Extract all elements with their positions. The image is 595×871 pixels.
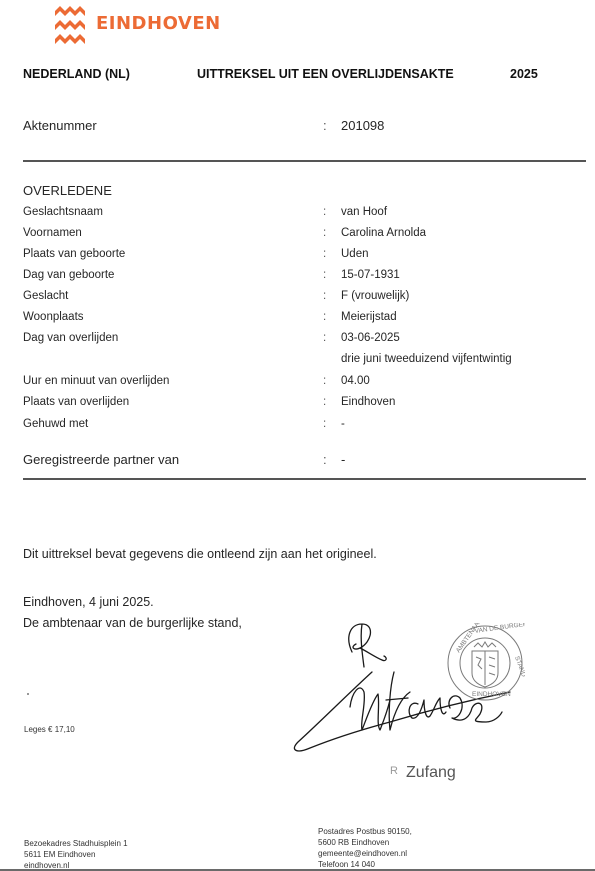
scan-speck <box>27 693 29 695</box>
field-label: Gehuwd met <box>23 418 88 430</box>
field-label: Plaats van overlijden <box>23 396 129 408</box>
field-value: - <box>341 418 345 430</box>
footer-visit-line: 5611 EM Eindhoven <box>24 849 128 860</box>
section-title: OVERLEDENE <box>23 183 112 198</box>
divider-top <box>23 160 586 162</box>
header-year: 2025 <box>510 67 538 81</box>
fee-text: Leges € 17,10 <box>24 725 75 734</box>
svg-text:STAND: STAND <box>513 655 525 678</box>
field-label: Woonplaats <box>23 311 84 323</box>
footer-email-link[interactable]: gemeente@eindhoven.nl <box>318 848 412 859</box>
field-label: Geslacht <box>23 290 68 302</box>
field-separator: : <box>323 248 326 260</box>
statement-text: Dit uittreksel bevat gegevens die ontlee… <box>23 547 377 561</box>
field-label: Geregistreerde partner van <box>23 452 179 467</box>
field-value: van Hoof <box>341 206 387 218</box>
akte-separator: : <box>323 118 327 133</box>
field-separator: : <box>323 375 326 387</box>
place-date: Eindhoven, 4 juni 2025. <box>23 595 154 609</box>
svg-text:VAN DE BURGERLIJKE: VAN DE BURGERLIJKE <box>474 623 525 635</box>
field-value: 04.00 <box>341 375 370 387</box>
eindhoven-wave-logo-icon <box>55 3 85 47</box>
svg-text:EINDHOVEN: EINDHOVEN <box>472 691 511 698</box>
field-label: Dag van geboorte <box>23 269 114 281</box>
field-value: 03-06-2025 <box>341 332 400 344</box>
signer-surname: Zufang <box>406 764 456 781</box>
footer-visit-line: Bezoekadres Stadhuisplein 1 <box>24 838 128 849</box>
akte-label: Aktenummer <box>23 118 97 133</box>
signer-initial: R <box>390 765 398 777</box>
field-value-words: drie juni tweeduizend vijfentwintig <box>341 353 512 365</box>
field-separator: : <box>323 418 326 430</box>
header-country: NEDERLAND (NL) <box>23 67 130 81</box>
field-separator: : <box>323 269 326 281</box>
field-separator: : <box>323 332 326 344</box>
field-value: - <box>341 452 345 467</box>
field-separator: : <box>323 396 326 408</box>
field-label: Uur en minuut van overlijden <box>23 375 169 387</box>
field-value: Meierijstad <box>341 311 397 323</box>
akte-number: 201098 <box>341 118 384 133</box>
field-value: Eindhoven <box>341 396 395 408</box>
footer-postal-address: Postadres Postbus 90150, 5600 RB Eindhov… <box>318 826 412 870</box>
field-label: Dag van overlijden <box>23 332 118 344</box>
brand-name: EINDHOVEN <box>96 13 221 34</box>
field-value: Carolina Arnolda <box>341 227 426 239</box>
footer-postal-line: 5600 RB Eindhoven <box>318 837 412 848</box>
field-separator: : <box>323 290 326 302</box>
field-separator: : <box>323 227 326 239</box>
signer-name: RZufang <box>390 764 456 782</box>
field-label: Voornamen <box>23 227 82 239</box>
footer-visit-address: Bezoekadres Stadhuisplein 1 5611 EM Eind… <box>24 838 128 871</box>
field-value: F (vrouwelijk) <box>341 290 409 302</box>
field-separator: : <box>323 311 326 323</box>
footer-postal-line: Postadres Postbus 90150, <box>318 826 412 837</box>
official-seal-icon: AMBTENAAR VAN DE BURGERLIJKE STAND EINDH… <box>445 623 525 703</box>
document-title: UITTREKSEL UIT EEN OVERLIJDENSAKTE <box>197 67 454 81</box>
field-separator: : <box>323 206 326 218</box>
field-label: Geslachtsnaam <box>23 206 103 218</box>
field-value: Uden <box>341 248 369 260</box>
field-separator: : <box>323 452 327 467</box>
divider-bottom <box>23 478 586 480</box>
official-title: De ambtenaar van de burgerlijke stand, <box>23 616 242 630</box>
field-value: 15-07-1931 <box>341 269 400 281</box>
field-label: Plaats van geboorte <box>23 248 125 260</box>
